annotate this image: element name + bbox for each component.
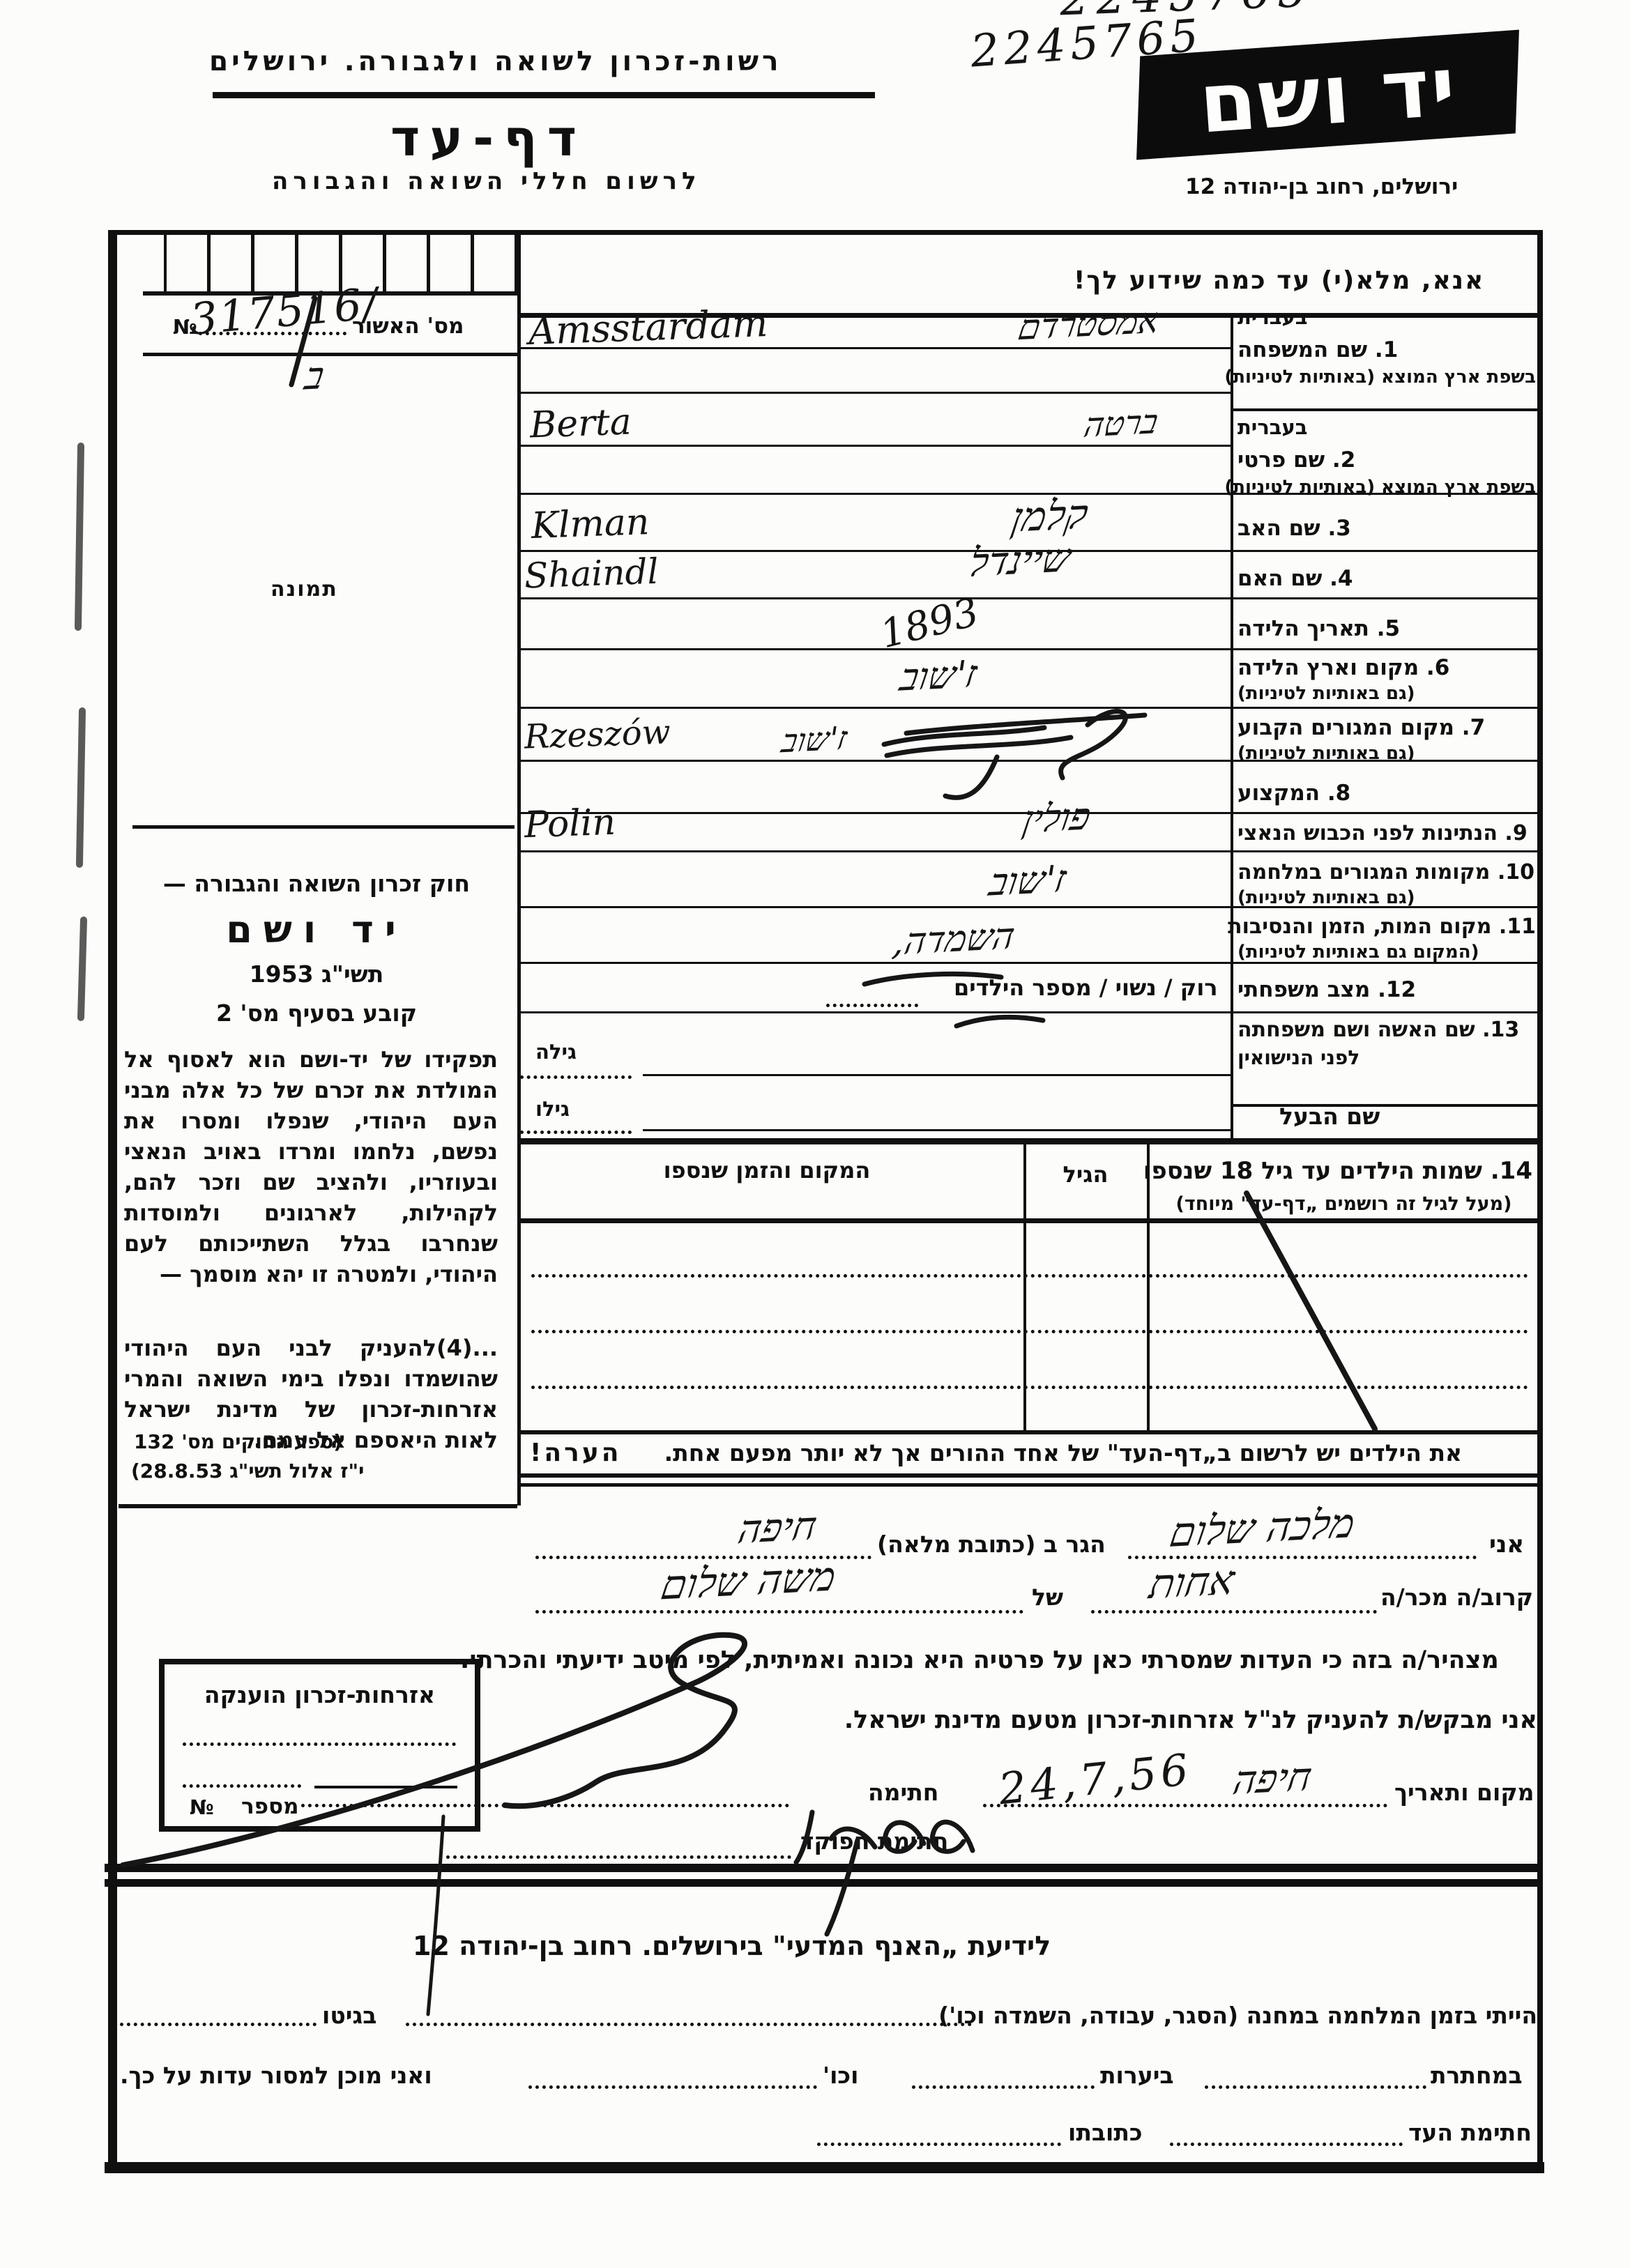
yad-vashem-logo-text: יד ושם (1196, 38, 1459, 151)
field4-label: 4. שם האם (1237, 566, 1536, 591)
wife-age-dotted[interactable] (520, 1075, 632, 1079)
form-title: דף-עד (390, 109, 586, 167)
page-of-testimony-scan: רשות-זכרון לשואה ולגבורה. ירושלים דף-עד … (0, 0, 1630, 2268)
children-row2[interactable] (531, 1330, 1528, 1333)
ghetto-label: בגיטו (322, 2002, 376, 2029)
field13-below: לפני הנישואין (1237, 1046, 1536, 1069)
decl-relation-handwritten: אחות (1146, 1556, 1237, 1608)
stray-descender-stroke (428, 1816, 443, 2014)
testify-label: ואני מוכן למסור עדות על כך. (120, 2062, 432, 2089)
form-subtitle: לרשום חללי השואה והגבורה (272, 167, 701, 195)
entry-father-latin: Klman (531, 501, 650, 547)
field1-line-b[interactable] (517, 392, 1231, 394)
wife-age-label: גילה (535, 1040, 577, 1064)
official-signature-dotted[interactable] (446, 1855, 791, 1859)
field7-row-rule[interactable] (517, 760, 1537, 762)
field12-dotted[interactable] (826, 1004, 918, 1007)
field7-label-text: 7. מקום המגורים הקבוע (1237, 715, 1536, 740)
witness-address-dotted[interactable] (817, 2143, 1061, 2146)
field1-below: בשפת ארץ המוצא (באותיות לטיניות) (1237, 367, 1536, 388)
field3-label-text: 3. שם האב (1237, 516, 1536, 541)
field13-label-group: 13. שם האשה ושם משפחתה לפני הנישואין (1237, 1018, 1536, 1069)
field1-label: 1. שם המשפחה (1237, 337, 1536, 362)
approval-rule (143, 353, 517, 356)
photo-label: תמונה (271, 577, 338, 602)
decl-name-handwritten: מלכה שלום (1166, 1499, 1358, 1556)
field12-options: רוק / נשוי / מספר הילדים (954, 974, 1218, 1001)
address-line: ירושלים, רחוב בן-יהודה 12 (1185, 174, 1458, 199)
edge-smudge-strokes (78, 446, 84, 1018)
decl-of: של (1032, 1584, 1063, 1611)
underground-label: במחתרת (1431, 2062, 1523, 2089)
entry-family-latin: Amsstardam (528, 301, 768, 353)
header-rule (213, 92, 875, 98)
children-table-top (517, 1138, 1539, 1144)
field10-below: (גם באותיות לטיניות) (1237, 887, 1536, 908)
underground-dotted[interactable] (1205, 2085, 1426, 2089)
law-year: תשי"ג 1953 (125, 960, 508, 988)
field2-line-a[interactable] (517, 445, 1231, 447)
field4-row-rule[interactable] (517, 597, 1537, 599)
stamp-dash (314, 1786, 457, 1788)
field12-label-text: 12. מצב משפחתי (1237, 977, 1536, 1002)
entry-family-hebrew: אמסטרדם (1015, 300, 1162, 348)
field10-label-group: 10. מקומות המגורים במלחמה (גם באותיות לט… (1237, 860, 1536, 908)
etc-label: וכו' (823, 2062, 858, 2089)
field3-label: 3. שם האב (1237, 516, 1536, 541)
citizenship-stamp-box: אזרחות-זכרון הוענקה מספר № (159, 1659, 480, 1832)
field11-row-rule[interactable] (517, 962, 1537, 964)
note-label: הערה! (530, 1439, 622, 1467)
field9-label: 9. הנתינות לפני הכבוש הנאצי (1237, 821, 1536, 845)
stamp-dotted-2[interactable] (183, 1784, 301, 1788)
field8-label-text: 8. המקצוע (1237, 781, 1536, 806)
note-bottom-rule-2 (517, 1483, 1539, 1487)
note-text: את הילדים יש לרשום ב„דף-העד" של אחד ההור… (664, 1439, 1462, 1466)
children-header-rule (517, 1218, 1539, 1223)
etc-dotted[interactable] (528, 2085, 817, 2089)
field12-label: 12. מצב משפחתי (1237, 977, 1536, 1002)
note-row: את הילדים יש לרשום ב„דף-העד" של אחד ההור… (530, 1439, 1534, 1467)
field9-label-text: 9. הנתינות לפני הכבוש הנאצי (1237, 821, 1536, 845)
field2-label-group: בעברית 2. שם פרטי בשפת ארץ המוצא (באותיו… (1237, 415, 1536, 498)
witness-address-label: כתובתו (1068, 2119, 1143, 2146)
entry-residence-latin: Rzeszów (524, 712, 671, 756)
law-source-1: (ספר החוקים מס' 132 (134, 1430, 342, 1453)
children-col-age: הגיל (1026, 1161, 1145, 1188)
field5-label: 5. תאריך הלידה (1237, 616, 1536, 641)
ghetto-dotted[interactable] (120, 2023, 317, 2026)
decl-ofname-handwritten: משה שלום (657, 1553, 839, 1609)
law-section: קובע בסעיף מס' 2 (125, 999, 508, 1027)
field5-row-rule[interactable] (517, 648, 1537, 650)
stamp-number-label: מספר (241, 1794, 299, 1819)
stamp-numero-sign: № (190, 1795, 214, 1819)
decl-address-handwritten: חיפה (735, 1503, 819, 1553)
field6-label-text: 6. מקום וארץ הלידה (1237, 655, 1536, 680)
field1-label-rule (1231, 408, 1537, 411)
place-handwritten: חיפה (1230, 1754, 1314, 1804)
field6-label-group: 6. מקום וארץ הלידה (גם באותיות לטיניות) (1237, 655, 1536, 704)
entry-first-latin: Berta (529, 401, 632, 446)
signature-label: חתימה (868, 1779, 938, 1806)
children-table-strike (1247, 1193, 1375, 1429)
entry-birthplace-hebrew: ז'שוב (897, 652, 980, 700)
decl-statement: מצהיר/ה בזה כי העדות שמסרתי כאן על פרטיה… (460, 1646, 1537, 1674)
decl-resides: הגר ב (כתובת מלאה) (877, 1531, 1106, 1558)
stamp-title: אזרחות-זכרון הוענקה (165, 1681, 475, 1708)
law-source-2: י"ז אלול תשי"ג 28.8.53) (131, 1459, 364, 1482)
decl-ofname-dotted[interactable] (535, 1610, 1023, 1614)
field13-label-text: 13. שם האשה ושם משפחתה (1237, 1018, 1536, 1042)
field12-row-rule[interactable] (517, 1011, 1537, 1013)
field7-label-group: 7. מקום המגורים הקבוע (גם באותיות לטיניו… (1237, 715, 1536, 764)
field10-row-rule[interactable] (517, 906, 1537, 908)
children-col-place: המקום והזמן שנספו (544, 1157, 990, 1183)
entry-nationality-hebrew: פולין (1019, 795, 1093, 842)
field11-label-group: 11. מקום המות, הזמן והנסיבות (המקום גם ב… (1237, 914, 1536, 963)
children-row3[interactable] (531, 1386, 1528, 1389)
husband-line[interactable] (643, 1129, 1231, 1131)
field9-row-rule[interactable] (517, 850, 1537, 852)
field13-label-rule (1231, 1104, 1537, 1107)
field6-below: (גם באותיות לטיניות) (1237, 683, 1536, 704)
field2-label: 2. שם פרטי (1237, 447, 1536, 473)
forests-label: ביערות (1100, 2062, 1174, 2089)
field6-row-rule[interactable] (517, 707, 1537, 709)
official-signature-label: חתימת הפוקד (800, 1828, 948, 1855)
approval-suffix-handwritten: ב (302, 353, 327, 398)
witness-signature-label: חתימת העד (1408, 2119, 1532, 2146)
authority-line: רשות-זכרון לשואה ולגבורה. ירושלים (209, 46, 782, 77)
field1-label-group: בעברית 1. שם המשפחה בשפת ארץ המוצא (באות… (1237, 305, 1536, 388)
footer-double-rule-2 (105, 1879, 1542, 1887)
entry-birthdate: 1893 (876, 590, 983, 658)
entry-residence-hebrew: ז'שוב (779, 719, 850, 760)
war-camp-dotted[interactable] (406, 2023, 972, 2026)
decl-relative: קרוב/ה מכר/ה (1380, 1584, 1533, 1611)
entry-first-hebrew: ברטה (1081, 402, 1161, 445)
decl-relation-dotted[interactable] (1091, 1610, 1377, 1614)
field4-label-text: 4. שם האם (1237, 566, 1536, 591)
field1-above: בעברית (1237, 305, 1536, 329)
footer-info-line: לידיעת „האנף המדעי" בירושלים. רחוב בן-יה… (413, 1931, 1051, 1961)
children-sub: (מעל לגיל זה רושמים „דף-עד" מיוחד) (1157, 1193, 1530, 1215)
children-row1[interactable] (531, 1274, 1528, 1278)
box-bottom-border (105, 2162, 1544, 2173)
stamp-dotted-1[interactable] (183, 1742, 456, 1746)
entry-war-residence-hebrew: ז'שוב (986, 857, 1069, 905)
children-label: 14. שמות הילדים עד גיל 18 שנספו (1150, 1157, 1532, 1185)
law-title: חוק זכרון השואה והגבורה — (125, 870, 508, 897)
husband-age-label: גילו (535, 1097, 570, 1121)
left-col-bottom-rule (119, 1504, 517, 1508)
label-divider (1231, 314, 1233, 1140)
residence-crossout-stroke (884, 712, 1145, 798)
field11-below: (המקום גם באותיות לטיניות) (1237, 942, 1536, 963)
war-line-label: הייתי בזמן המלחמה במחנה (הסגר, עבודה, הש… (993, 2002, 1537, 2029)
footer-double-rule-1 (105, 1864, 1542, 1872)
entry-nationality-latin: Polin (524, 802, 616, 847)
note-top-rule (517, 1430, 1539, 1434)
entry-father-hebrew: קלמן (1008, 490, 1091, 542)
field10-label-text: 10. מקומות המגורים במלחמה (1237, 860, 1536, 884)
field13-line[interactable] (643, 1074, 1231, 1076)
witness-signature-dotted[interactable] (1170, 2143, 1403, 2146)
law-body: תפקידו של יד-ושם הוא לאסוף אל המולדת את … (124, 1044, 498, 1289)
husband-age-dotted[interactable] (520, 1131, 632, 1134)
entry-death-hebrew: השמדה, (890, 916, 1017, 964)
entry-mother-hebrew: שיינדל (966, 535, 1074, 585)
forests-dotted[interactable] (912, 2085, 1095, 2089)
field5-label-text: 5. תאריך הלידה (1237, 616, 1536, 641)
place-date-label: מקום ותאריך (1394, 1779, 1534, 1806)
law-name: יד ושם (125, 907, 508, 951)
col-divider (517, 231, 521, 1505)
field2-above: בעברית (1237, 415, 1536, 439)
decl-request: אני מבקש/ת להעניק לנ"ל אזרחות-זכרון מטעם… (906, 1706, 1537, 1734)
photo-rule (132, 825, 515, 829)
field11-label-text: 11. מקום המות, הזמן והנסיבות (1237, 914, 1536, 939)
decl-i: אני (1489, 1531, 1524, 1558)
field8-label: 8. המקצוע (1237, 781, 1536, 806)
fill-in-request: אנא, מלא(י) עד כמה שידוע לך! (1074, 266, 1520, 295)
entry-mother-latin: Shaindl (524, 551, 659, 597)
note-bottom-rule-1 (517, 1473, 1539, 1478)
